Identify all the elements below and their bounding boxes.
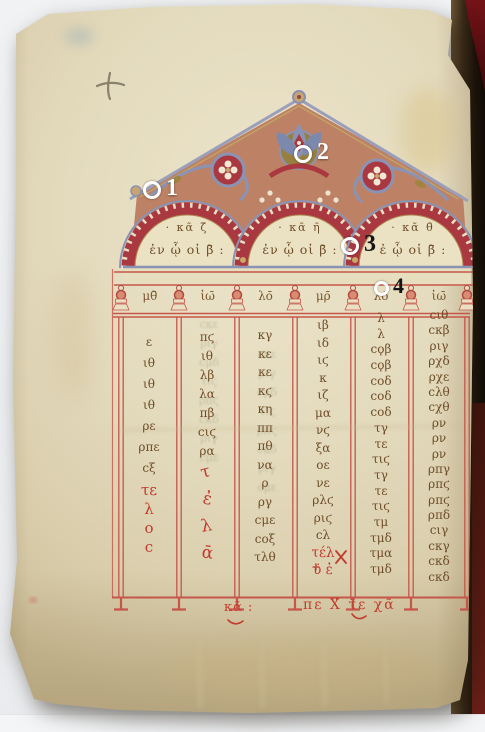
section-numeral: μα bbox=[315, 407, 331, 425]
section-numeral: πθ bbox=[257, 440, 272, 459]
section-numeral: ϲκγ bbox=[428, 540, 449, 555]
section-numeral: ρχε bbox=[429, 371, 450, 386]
section-numeral: τγ bbox=[374, 422, 388, 438]
section-numeral: τε bbox=[375, 438, 388, 454]
section-numeral: ϲοδ bbox=[370, 375, 391, 391]
section-numeral: κε bbox=[258, 348, 272, 367]
section-numeral: τμ bbox=[374, 516, 388, 532]
section-numeral: ρχδ bbox=[428, 355, 450, 370]
canon-column-1: ειθιθιθρερπεϲξτελοϲ bbox=[123, 336, 175, 559]
section-numeral: ἐ bbox=[200, 490, 214, 518]
section-numeral: λ bbox=[377, 312, 385, 328]
section-numeral: ιθ bbox=[143, 357, 155, 378]
section-numeral: τε bbox=[375, 485, 388, 501]
section-numeral: νϛ bbox=[316, 424, 330, 442]
stain bbox=[400, 88, 455, 173]
red-smudge bbox=[29, 597, 37, 603]
manuscript-photo: ϲκεριγϲμδτιϛρπϛϲκδριγϲμε ϲκεριγϲμδτιϛρπϛ… bbox=[0, 0, 485, 732]
marker-number: 4 bbox=[393, 275, 404, 297]
section-numeral: ξα bbox=[316, 442, 331, 460]
section-numeral: τμδ bbox=[370, 532, 392, 548]
section-numeral: ρπδ bbox=[428, 509, 450, 524]
pen-cross-icon bbox=[97, 73, 124, 99]
section-numeral: ϲμε bbox=[255, 514, 276, 533]
section-numeral: ϲιγ bbox=[430, 524, 449, 539]
section-numeral: ιβ bbox=[317, 319, 329, 337]
section-numeral: λ bbox=[377, 328, 385, 344]
section-numeral: ε bbox=[146, 336, 152, 357]
parchment-leaf-wrap: ϲκεριγϲμδτιϛρπϛϲκδριγϲμε ϲκεριγϲμδτιϛρπϛ… bbox=[0, 0, 485, 732]
section-numeral: ϲ bbox=[145, 540, 153, 559]
rosette-left bbox=[212, 154, 244, 186]
section-numeral: ρπϛ bbox=[428, 478, 450, 493]
section-numeral: ριγ bbox=[430, 340, 449, 355]
section-numeral: ιθ bbox=[143, 399, 155, 420]
canon-formula: ἐν ᾧ οἱ β̄ : bbox=[245, 242, 355, 257]
arch-inscription-2: · κᾶ η̄ ἐν ᾧ οἱ β̄ : bbox=[245, 221, 355, 257]
section-numeral: ρ bbox=[261, 477, 268, 496]
section-numeral: ϲοδ bbox=[370, 406, 391, 422]
evangelist-abbreviation: ἰω̄ bbox=[179, 289, 237, 303]
section-numeral: ϲοξ bbox=[255, 533, 276, 552]
section-numeral: ϲκδ bbox=[428, 555, 449, 570]
canon-number: · κᾶ ζ̄ bbox=[132, 221, 242, 234]
section-numeral: πβ bbox=[200, 407, 215, 426]
section-numeral: κε bbox=[258, 366, 272, 385]
section-numeral: ϲλθ bbox=[428, 386, 450, 401]
stain bbox=[52, 270, 94, 400]
section-numeral: κ bbox=[319, 372, 327, 390]
marker-ring-icon[interactable] bbox=[341, 237, 359, 255]
section-numeral: τμδ bbox=[370, 563, 392, 579]
section-numeral: ρν bbox=[432, 432, 446, 447]
section-numeral: ρπϛ bbox=[428, 494, 450, 509]
section-numeral: ϋ ἐ bbox=[313, 564, 333, 582]
section-numeral: κϛ bbox=[258, 385, 272, 404]
section-numeral: ριϛ bbox=[314, 512, 332, 530]
section-numeral: ππ bbox=[257, 422, 273, 441]
section-numeral: ϲκδ bbox=[428, 571, 449, 586]
section-numeral: τγ bbox=[374, 469, 388, 485]
canon-column-3: κγκεκεκϛκηπππθναρργϲμεϲοξτλθ bbox=[239, 329, 291, 570]
canon-column-5: λλϲϙβϲϙβϲοδϲοδϲοδτγτετιϛτγτετιϛτμτμδτματ… bbox=[355, 312, 407, 579]
section-numeral: ϲοδ bbox=[370, 390, 391, 406]
section-numeral: ρπγ bbox=[428, 463, 450, 478]
section-numeral: να bbox=[257, 459, 272, 478]
marginal-note: κᾶ : bbox=[224, 600, 253, 615]
canon-formula: ἐν ᾧ οἱ β̄ : bbox=[132, 242, 242, 257]
section-numeral: λα bbox=[199, 388, 215, 407]
section-numeral: ϲλ bbox=[316, 529, 330, 547]
rosette-right bbox=[361, 160, 393, 192]
section-numeral: ιδ bbox=[317, 337, 329, 355]
section-numeral: τιϛ bbox=[372, 500, 390, 516]
section-numeral: ρν bbox=[432, 417, 446, 432]
section-numeral: ιθ bbox=[201, 350, 213, 369]
section-numeral: ϲιϛ bbox=[198, 426, 216, 445]
evangelist-abbreviation: λο̄ bbox=[237, 289, 295, 303]
section-numeral: ρε bbox=[142, 420, 155, 441]
stain bbox=[160, 640, 440, 695]
section-numeral: ϲχθ bbox=[428, 401, 449, 416]
section-numeral: ιθ bbox=[143, 378, 155, 399]
marker-ring-icon[interactable] bbox=[374, 281, 389, 296]
ink-smudge bbox=[64, 27, 94, 46]
section-numeral: ρπε bbox=[138, 441, 159, 462]
evangelist-abbreviation: μθ̄ bbox=[121, 289, 179, 303]
parchment-leaf: ϲκεριγϲμδτιϛρπϛϲκδριγϲμε ϲκεριγϲμδτιϛρπϛ… bbox=[0, 0, 485, 732]
section-numeral: οε bbox=[316, 459, 329, 477]
section-numeral: ϲϙβ bbox=[371, 359, 392, 375]
marginal-note: πε Χ̓ τ̈ε χᾶ bbox=[303, 597, 396, 613]
evangelist-header-row: μθ̄ἰω̄λο̄μρ̄λο̄ἰω̄ bbox=[121, 289, 468, 303]
section-numeral: ργ bbox=[258, 496, 272, 515]
section-numeral: ᾱ bbox=[199, 544, 214, 572]
section-numeral: ϲκβ bbox=[428, 324, 449, 339]
marker-number: 1 bbox=[166, 176, 178, 200]
section-numeral: λβ bbox=[200, 369, 215, 388]
section-numeral: ρν bbox=[432, 448, 446, 463]
section-numeral: κγ bbox=[258, 329, 273, 348]
marker-number: 3 bbox=[364, 232, 376, 256]
section-numeral: τλθ bbox=[254, 551, 275, 570]
canon-number: · κᾶ η̄ bbox=[245, 221, 355, 234]
section-numeral: ϲξ bbox=[142, 462, 155, 483]
entablature bbox=[114, 267, 473, 286]
section-numeral: τιϛ bbox=[372, 453, 390, 469]
section-numeral: ιζ bbox=[317, 389, 328, 407]
marker-ring-icon[interactable] bbox=[294, 145, 312, 163]
section-numeral: ιϛ bbox=[317, 354, 328, 372]
section-numeral: τ bbox=[199, 463, 215, 491]
arch-inscription-1: · κᾶ ζ̄ ἐν ᾧ οἱ β̄ : bbox=[132, 221, 242, 257]
canon-column-4: ιβιδιϛκιζμανϛξαοενερλϛριϛϲλτέλϋ ἐ bbox=[297, 319, 349, 582]
section-numeral: ϲϙβ bbox=[371, 343, 392, 359]
section-numeral: ρλϛ bbox=[312, 494, 333, 512]
canon-column-6: ϲιθϲκβριγρχδρχεϲλθϲχθρνρνρνρπγρπϛρπϛρπδϲ… bbox=[413, 309, 465, 586]
canon-column-2: πϛιθλβλαπβϲιϛρατἐλᾱ bbox=[181, 331, 233, 572]
section-numeral: τμα bbox=[370, 547, 393, 563]
marker-ring-icon[interactable] bbox=[143, 181, 161, 199]
evangelist-abbreviation: ἰω̄ bbox=[410, 289, 468, 303]
section-numeral: ϲιθ bbox=[430, 309, 449, 324]
evangelist-abbreviation: μρ̄ bbox=[294, 289, 352, 303]
marker-number: 2 bbox=[317, 140, 329, 164]
section-numeral: λ bbox=[199, 517, 214, 545]
section-numeral: κη bbox=[258, 403, 273, 422]
section-numeral: πϛ bbox=[200, 331, 215, 350]
section-numeral: νε bbox=[316, 477, 330, 495]
